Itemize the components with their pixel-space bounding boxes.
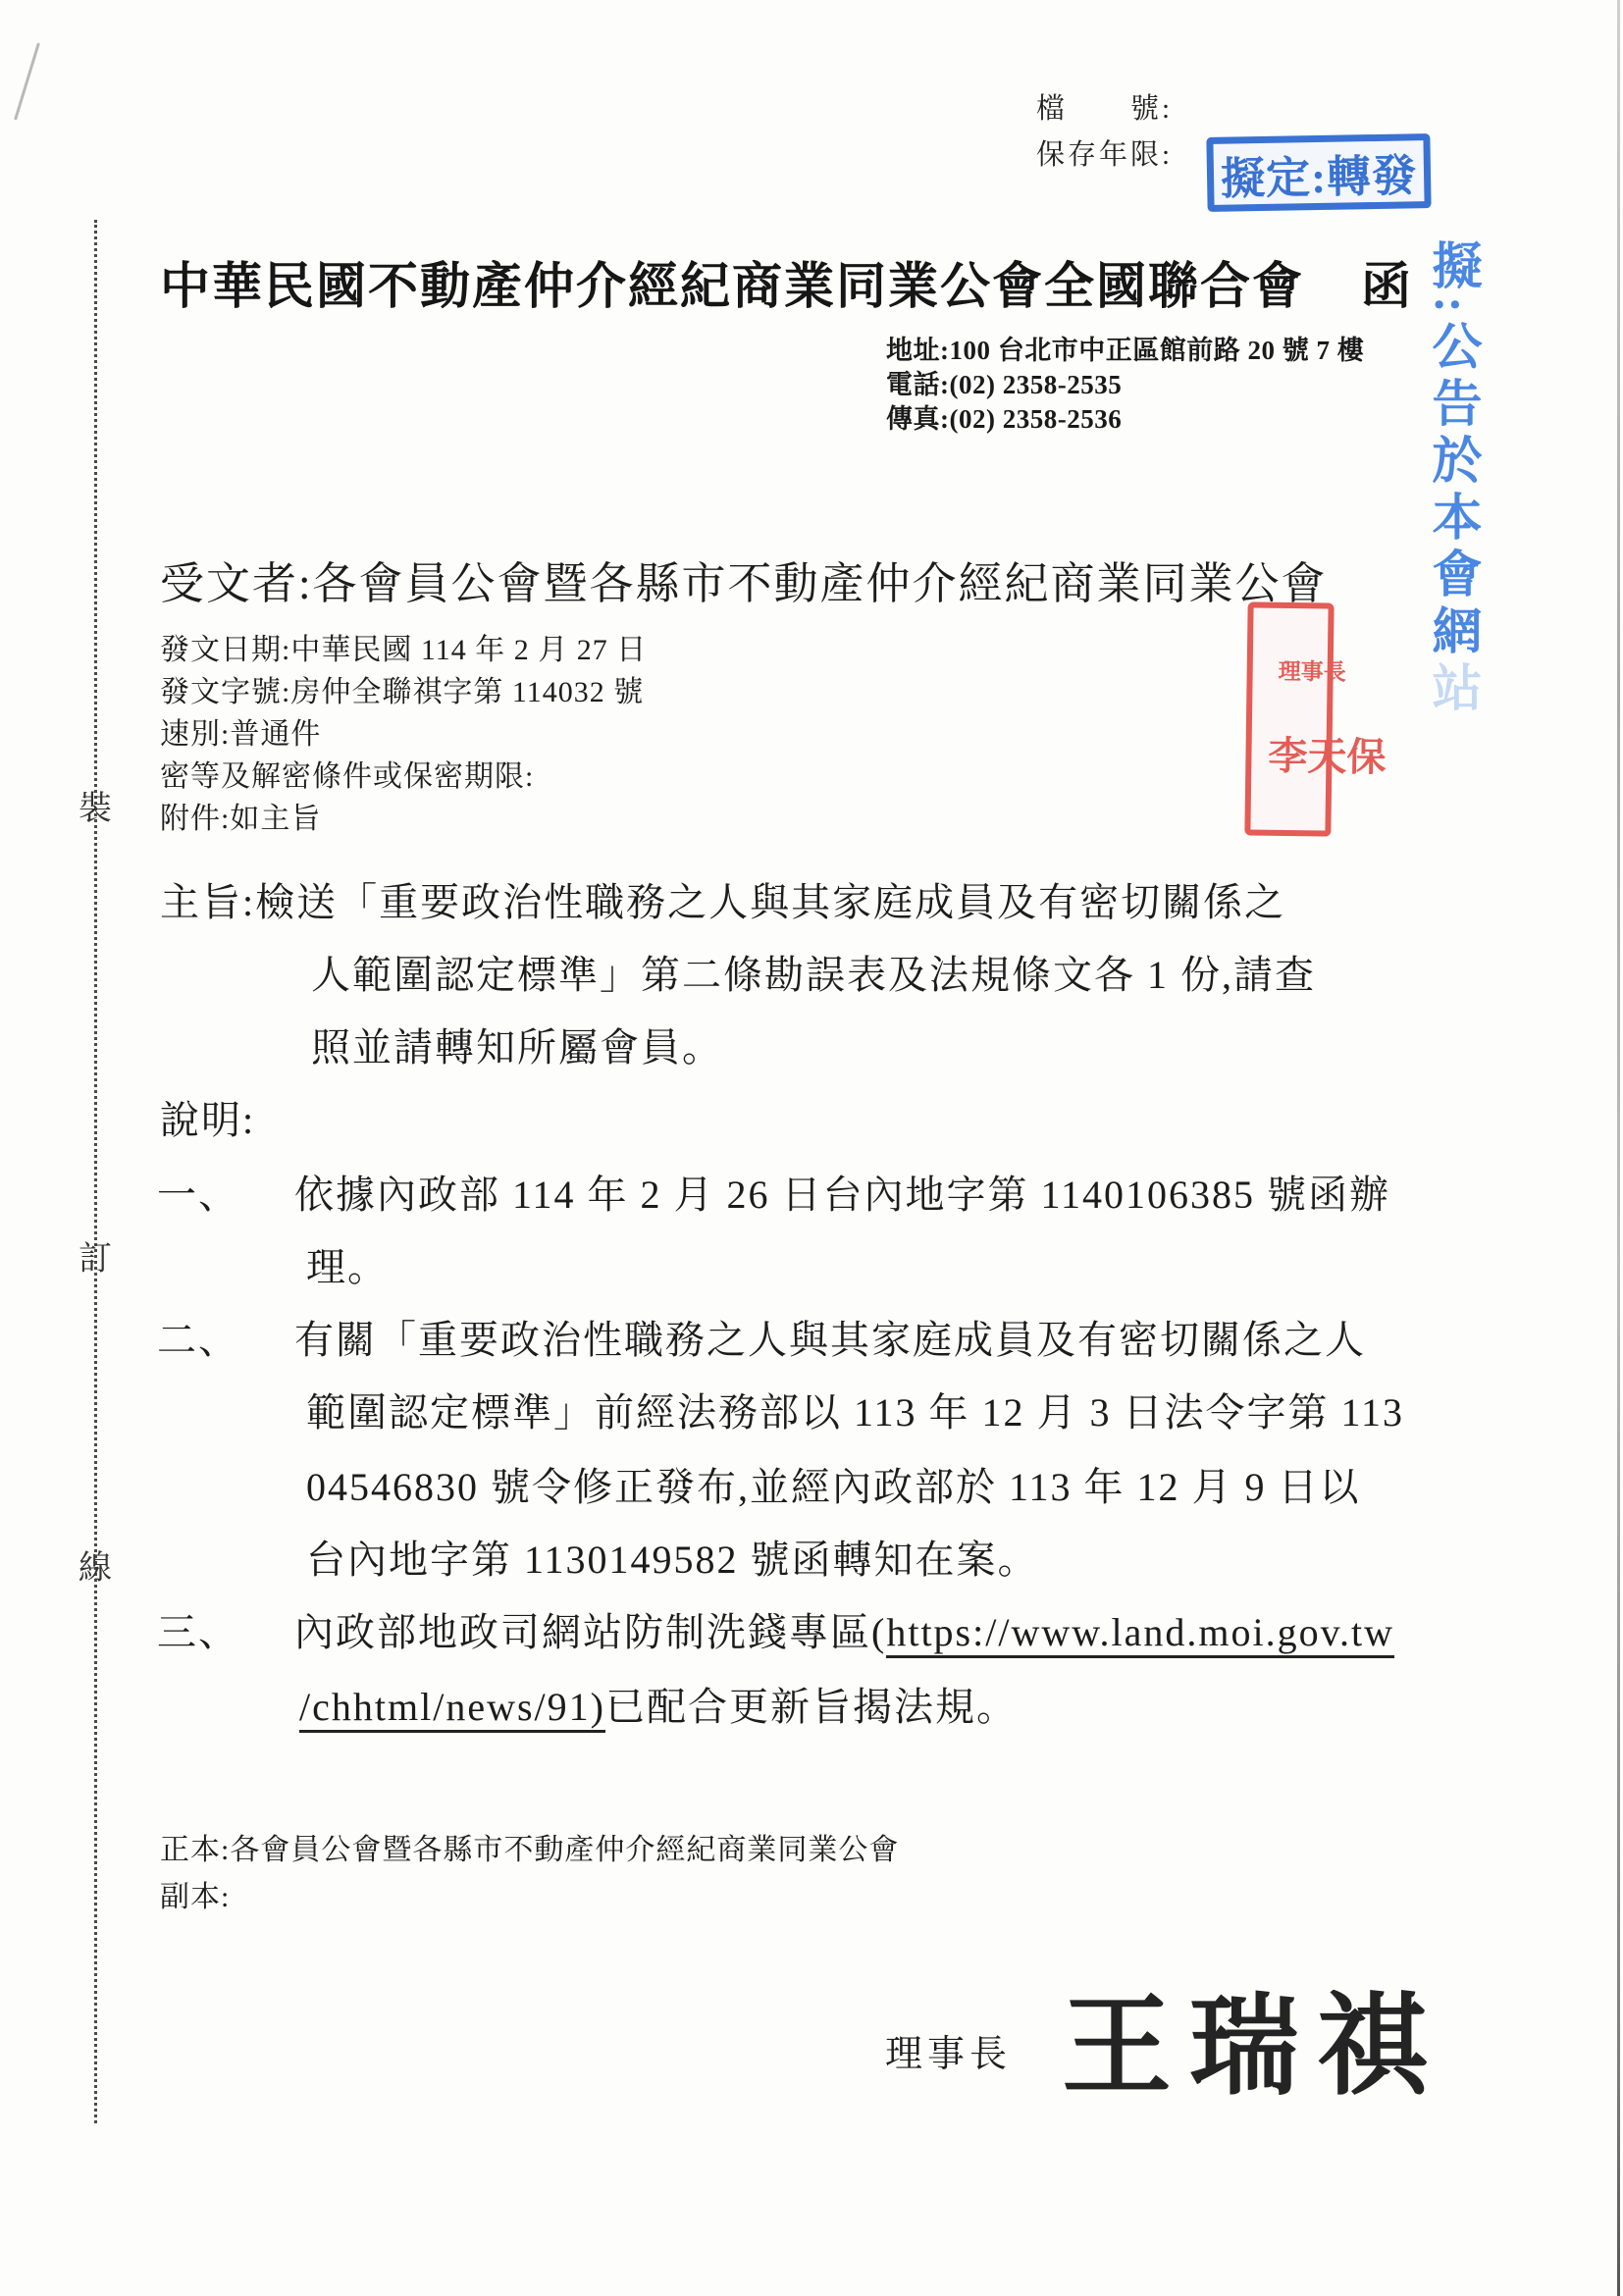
- explanation-item3-line2: /chhtml/news/91)已配合更新旨揭法規。: [299, 1676, 1018, 1732]
- issuing-org-name: 中華民國不動產仲介經紀商業同業公會全國聯合會: [160, 245, 1304, 318]
- filing-block: 檔 號: 保存年限:: [1036, 86, 1173, 179]
- handwritten-margin-annotation: 擬:公告於本會網站: [1415, 239, 1488, 828]
- item1-marker: 一、: [157, 1164, 294, 1220]
- org-contact-block: 地址:100 台北市中正區館前路 20 號 7 樓 電話:(02) 2358-2…: [886, 334, 1364, 437]
- annotation-main-text: 擬:公告於本會網: [1424, 239, 1479, 661]
- binding-mark-xian: 線: [79, 1540, 112, 1589]
- file-number-label: 檔 號:: [1036, 86, 1173, 132]
- original-copy-line: 正本:各會員公會暨各縣市不動產仲介經紀商業同業公會: [160, 1825, 899, 1868]
- item3-marker: 三、: [157, 1601, 294, 1657]
- item1-text-line1: 依據內政部 114 年 2 月 26 日台內地字第 1140106385 號函辦: [294, 1173, 1390, 1217]
- chairman-seal: 理事長 李天保: [1244, 601, 1334, 836]
- seal-title: 理事長: [1279, 659, 1302, 684]
- org-fax: 傳真:(02) 2358-2536: [886, 402, 1364, 437]
- subject-line-2: 人範圍認定標準」第二條勘誤表及法規條文各 1 份,請查: [311, 944, 1316, 1000]
- retention-period-label: 保存年限:: [1036, 132, 1173, 179]
- subject-line-3: 照並請轉知所屬會員。: [311, 1017, 723, 1072]
- explanation-item2-line3: 04546830 號令修正發布,並經內政部於 113 年 12 月 9 日以: [306, 1456, 1361, 1512]
- explanation-item2-line4: 台內地字第 1130149582 號函轉知在案。: [306, 1529, 1039, 1585]
- website-url-part2: /chhtml/news/91): [299, 1685, 605, 1733]
- website-url-part1: https://www.land.moi.gov.tw: [886, 1610, 1394, 1658]
- explanation-item2-line1: 二、有關「重要政治性職務之人與其家庭成員及有密切關係之人: [157, 1309, 1366, 1365]
- org-phone: 電話:(02) 2358-2535: [886, 368, 1364, 402]
- annotation-faded-char: 站: [1424, 661, 1479, 718]
- subject-line-1: 主旨:檢送「重要政治性職務之人與其家庭成員及有密切關係之: [160, 871, 1285, 927]
- scanned-official-letter: 裝 訂 線 檔 號: 保存年限: 擬定:轉發 擬:公告於本會網站 中華民國不動產…: [0, 0, 1623, 2296]
- scan-edge-shadow: [1617, 0, 1620, 2296]
- doc-type-letter: 函: [1361, 245, 1413, 318]
- recipient-line: 受文者:各會員公會暨各縣市不動產仲介經紀商業同業公會: [160, 548, 1328, 611]
- item2-marker: 二、: [157, 1309, 294, 1365]
- explanation-item1-line1: 一、依據內政部 114 年 2 月 26 日台內地字第 1140106385 號…: [157, 1164, 1390, 1220]
- org-address: 地址:100 台北市中正區館前路 20 號 7 樓: [886, 334, 1364, 368]
- item2-text-line1: 有關「重要政治性職務之人與其家庭成員及有密切關係之人: [294, 1318, 1366, 1362]
- approval-stamp-text: 擬定:轉發: [1220, 139, 1417, 206]
- security-class: 密等及解密條件或保密期限:: [160, 756, 647, 798]
- explanation-heading: 說明:: [160, 1089, 255, 1145]
- speed-class: 速別:普通件: [160, 713, 647, 756]
- duplicate-copy-line: 副本:: [160, 1872, 230, 1915]
- issue-date: 發文日期:中華民國 114 年 2 月 27 日: [160, 629, 647, 671]
- binding-mark-zhuang: 裝: [79, 781, 112, 829]
- explanation-item2-line2: 範圍認定標準」前經法務部以 113 年 12 月 3 日法令字第 113: [306, 1382, 1404, 1437]
- document-meta-block: 發文日期:中華民國 114 年 2 月 27 日 發文字號:房仲全聯祺字第 11…: [160, 629, 647, 840]
- scan-pen-mark: [14, 42, 40, 120]
- item3-suffix: 已配合更新旨揭法規。: [605, 1685, 1018, 1729]
- binding-dotted-line: [94, 220, 97, 2123]
- item3-prefix: 內政部地政司網站防制洗錢專區(: [294, 1610, 886, 1654]
- attachment-note: 附件:如主旨: [160, 798, 647, 840]
- explanation-item3-line1: 三、內政部地政司網站防制洗錢專區(https://www.land.moi.go…: [157, 1601, 1394, 1657]
- explanation-item1-line2: 理。: [306, 1236, 389, 1292]
- approval-stamp: 擬定:轉發: [1206, 133, 1431, 212]
- signature-title: 理事長: [885, 2023, 1012, 2077]
- seal-name: 李天保: [1268, 733, 1310, 780]
- document-title-row: 中華民國不動產仲介經紀商業同業公會全國聯合會 函: [160, 245, 1413, 318]
- binding-mark-ding: 訂: [79, 1231, 112, 1279]
- signature-name: 王瑞祺: [1062, 1958, 1444, 2116]
- doc-number: 發文字號:房仲全聯祺字第 114032 號: [160, 671, 647, 713]
